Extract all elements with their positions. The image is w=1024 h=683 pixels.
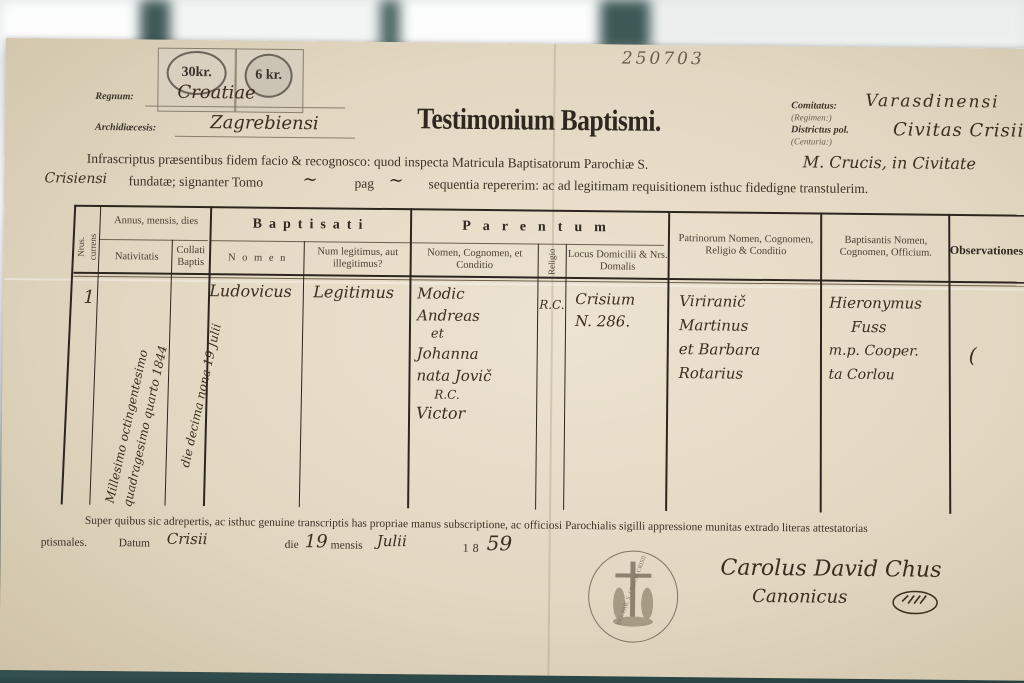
row-legitimus: Legitimus bbox=[313, 281, 394, 304]
row-patrini: Viriranič Martinus et Barbara Rotarius bbox=[678, 289, 760, 386]
row-observationes: ( bbox=[969, 344, 977, 366]
intro-line-1: Infrascriptus præsentibus fidem facio & … bbox=[87, 151, 649, 173]
paper-fold bbox=[547, 44, 556, 676]
row-parents: Modic Andreas et Johanna nata Jovič R.C.… bbox=[416, 282, 493, 425]
header-nativitatis: Nativitatis bbox=[104, 251, 170, 264]
underline bbox=[175, 136, 355, 139]
comitatus-sublabel: (Regimen:) bbox=[791, 112, 832, 122]
archive-number: 250703 bbox=[622, 48, 705, 69]
row-baptisans: Hieronymus Fuss m.p. Cooper. ta Corlou bbox=[828, 291, 922, 388]
header-nrus: Nrus. currens bbox=[75, 230, 99, 264]
intro-line-2c: sequentia repererim: ac ad legitimam req… bbox=[428, 176, 868, 197]
row-collati: die decima nona 19 Julii bbox=[176, 309, 228, 469]
districtus-value: Civitas Crisii bbox=[893, 119, 1024, 141]
header-patrinorum: Patrinorum Nomen, Cognomen, Religio & Co… bbox=[672, 233, 820, 259]
city-suffix: Crisiensi bbox=[44, 170, 107, 187]
datum-value: Crisii bbox=[167, 530, 208, 548]
comitatus-value: Varasdinensi bbox=[865, 91, 999, 112]
subheader-rule bbox=[210, 240, 664, 246]
row-nomen: Ludovicus bbox=[209, 280, 292, 303]
parish-seal: SIG. PAR. S. CRUCIS CRISII bbox=[588, 550, 679, 643]
header-parentum: Parentum bbox=[412, 218, 668, 237]
intro-line-2a: fundatæ; signanter Tomo bbox=[128, 173, 263, 190]
header-collati: Collati Baptis bbox=[172, 245, 210, 269]
datum-label: Datum bbox=[119, 537, 150, 549]
signature-flourish-icon bbox=[890, 587, 940, 618]
signature-name: Carolus David Chus bbox=[720, 556, 941, 583]
signature-title: Canonicus bbox=[752, 586, 847, 608]
row-nativitatis: Millesimo octingentesimo quadragesimo qu… bbox=[101, 286, 184, 509]
header-baptisantis: Baptisantis Nomen, Cognomen, Officium. bbox=[824, 235, 948, 260]
header-observationes: Observationes bbox=[950, 244, 1024, 257]
districtus-sublabel: (Centuria:) bbox=[791, 136, 832, 146]
header-annus: Annus, mensis, dies bbox=[104, 215, 208, 228]
row-nrus: 1 bbox=[83, 287, 95, 309]
footer-prefix: ptismales. bbox=[41, 536, 87, 548]
header-nomen: N o m e n bbox=[212, 252, 304, 265]
parish-name: M. Crucis, in Civitate bbox=[803, 152, 976, 173]
baptism-certificate: 30kr. 6 kr. Regnum: Croatiae Archidiœces… bbox=[0, 38, 1024, 681]
die-value: 19 bbox=[305, 531, 328, 552]
pag-value: ~ bbox=[388, 170, 403, 191]
tomo-value: ~ bbox=[302, 169, 317, 190]
row-locus: Crisium N. 286. bbox=[575, 288, 635, 333]
regnum-value: Croatiae bbox=[177, 82, 256, 104]
intro-line-2b: pag bbox=[354, 176, 374, 192]
column-rule bbox=[820, 213, 823, 513]
archidioecesis-label: Archidiœcesis: bbox=[95, 122, 156, 134]
districtus-label: Districtus pol. bbox=[791, 124, 849, 136]
header-religio: Religio bbox=[545, 244, 557, 280]
column-rule bbox=[948, 214, 951, 514]
mensis-label: mensis bbox=[331, 539, 363, 551]
archidioecesis-value: Zagrebiensi bbox=[210, 112, 319, 134]
regnum-label: Regnum: bbox=[95, 91, 133, 102]
header-legitimus: Num legitimus, aut illegitimus? bbox=[306, 246, 410, 271]
document-title: Testimonium Baptismi. bbox=[417, 102, 661, 139]
year-printed: 18 bbox=[463, 541, 483, 556]
subheader-rule bbox=[100, 239, 208, 241]
crucifix-icon bbox=[589, 551, 678, 642]
row-religio: R.C. bbox=[539, 294, 565, 316]
header-parent-nomen: Nomen, Cognomen, et Conditio bbox=[412, 247, 538, 272]
header-locus: Locus Domicilii & Nrs. Domalis bbox=[568, 249, 668, 274]
comitatus-label: Comitatus: bbox=[791, 100, 837, 111]
mensis-value: Julii bbox=[377, 532, 407, 550]
year-hand: 59 bbox=[487, 531, 513, 555]
die-label: die bbox=[285, 539, 299, 551]
header-baptisati: Baptisati bbox=[212, 216, 410, 234]
table-top-rule bbox=[74, 205, 1024, 217]
